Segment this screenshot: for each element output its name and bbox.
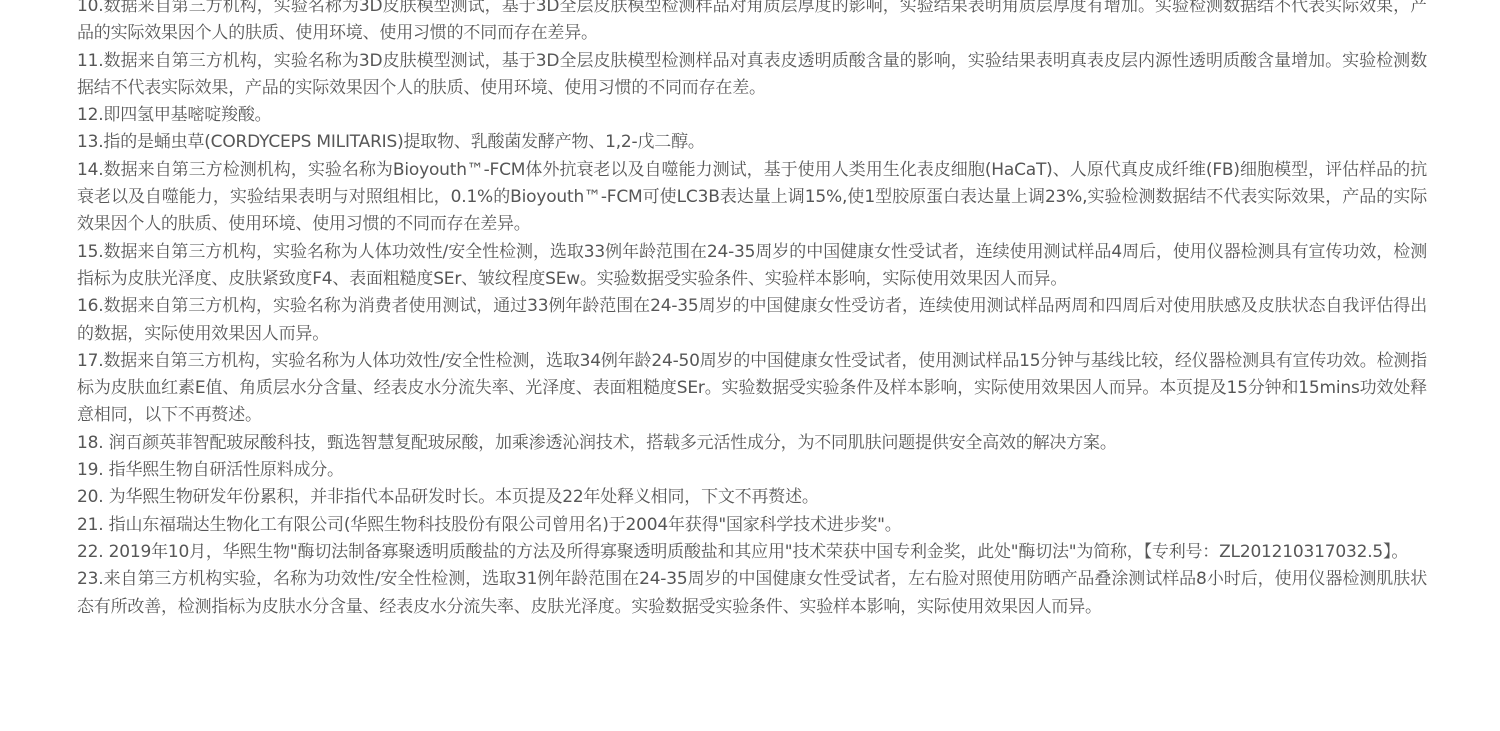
footnote-15: 15.数据来自第三方机构，实验名称为人体功效性/安全性检测，选取33例年龄范围在… [77,239,1427,294]
footnote-12: 12.即四氢甲基嘧啶羧酸。 [77,102,1427,129]
footnote-16: 16.数据来自第三方机构，实验名称为消费者使用测试，通过33例年龄范围在24-3… [77,293,1427,348]
footnote-14: 14.数据来自第三方检测机构，实验名称为Bioyouth™-FCM体外抗衰老以及… [77,157,1427,239]
footnote-13: 13.指的是蛹虫草(CORDYCEPS MILITARIS)提取物、乳酸菌发酵产… [77,129,1427,156]
footnote-19: 19. 指华熙生物自研活性原料成分。 [77,457,1427,484]
footnote-11: 11.数据来自第三方机构，实验名称为3D皮肤模型测试，基于3D全层皮肤模型检测样… [77,48,1427,103]
footnote-21: 21. 指山东福瑞达生物化工有限公司(华熙生物科技股份有限公司曾用名)于2004… [77,512,1427,539]
footnotes-section: 10.数据来自第三方机构，实验名称为3D皮肤模型测试，基于3D全层皮肤模型检测样… [77,0,1427,621]
footnote-10: 10.数据来自第三方机构，实验名称为3D皮肤模型测试，基于3D全层皮肤模型检测样… [77,0,1427,48]
footnote-23: 23.来自第三方机构实验，名称为功效性/安全性检测，选取31例年龄范围在24-3… [77,566,1427,621]
footnote-20: 20. 为华熙生物研发年份累积，并非指代本品研发时长。本页提及22年处释义相同，… [77,484,1427,511]
footnote-22: 22. 2019年10月，华熙生物"酶切法制备寡聚透明质酸盐的方法及所得寡聚透明… [77,539,1427,566]
footnote-17: 17.数据来自第三方机构，实验名称为人体功效性/安全性检测，选取34例年龄24-… [77,348,1427,430]
footnote-18: 18. 润百颜英菲智配玻尿酸科技，甄选智慧复配玻尿酸，加乘渗透沁润技术，搭载多元… [77,430,1427,457]
